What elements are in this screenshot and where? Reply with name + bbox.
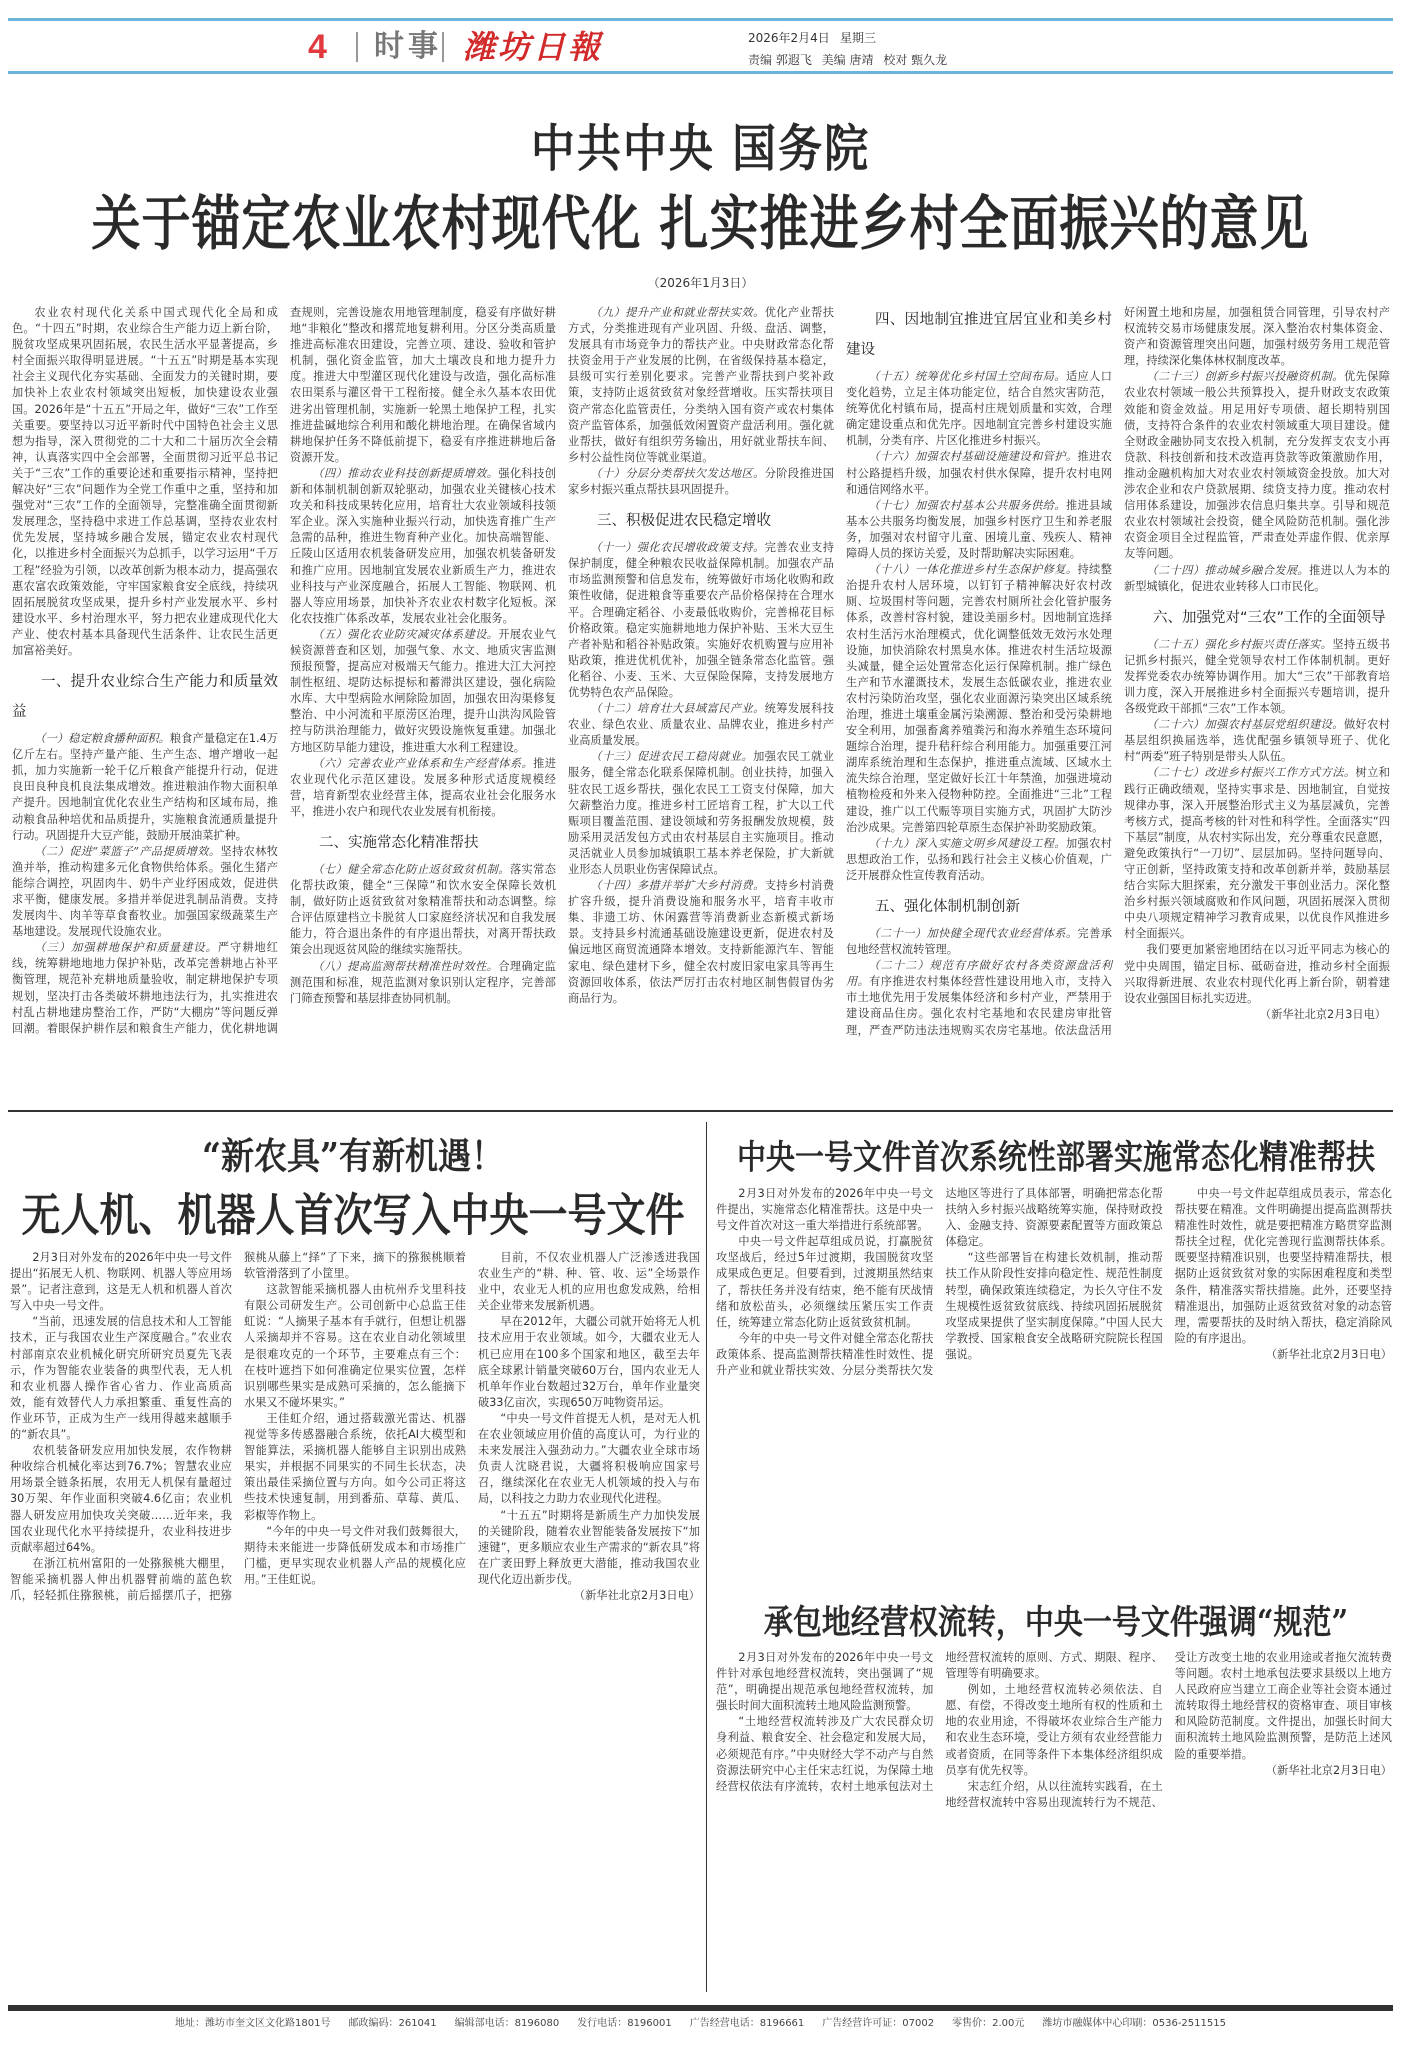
proofreader-credit: 校对 甄久龙 bbox=[883, 53, 947, 67]
footer-item: 潍坊市融媒体中心印刷：0536-2511515 bbox=[1042, 2018, 1226, 2029]
article-paragraph: （十七）加强农村基本公共服务供给。推进县域基本公共服务均衡发展，加强乡村医疗卫生… bbox=[846, 498, 1112, 562]
drones-headline: 无人机、机器人首次写入中央一号文件 bbox=[0, 1180, 706, 1244]
section-heading: 二、实施常态化精准帮扶 bbox=[290, 828, 556, 858]
article-paragraph: （十四）多措并举扩大乡村消费。支持乡村消费扩容升级，提升消费设施和服务水平，培育… bbox=[568, 878, 834, 1007]
footer-item: 零售价：2.00元 bbox=[952, 2018, 1024, 2029]
paragraph-text: 落实常态化帮扶政策，健全“三保障”和饮水安全保障长效机制，做好防止返贫致贫对象精… bbox=[290, 863, 556, 956]
paragraph-text: 加强农民工就业服务，健全常态化联系保障机制。创业扶持，加强入驻农民工返乡帮扶，强… bbox=[568, 750, 834, 876]
subsection-title: （二十四）推动城乡融合发展。 bbox=[1146, 564, 1309, 577]
article-paragraph: 2月3日对外发布的2026年中央一号文件针对承包地经营权流转，突出强调了“规范”… bbox=[716, 1650, 933, 1714]
news-credit: （新华社北京2月3日电） bbox=[1175, 1763, 1392, 1779]
article-paragraph: （八）提高监测帮扶精准性时效性。合理确定监测范围和标准，规范监测对象识别认定程序… bbox=[290, 959, 556, 1007]
article-paragraph: （二）促进“菜篮子”产品提质增效。坚持农林牧渔并举，推动构建多元化食物供给体系。… bbox=[12, 844, 278, 941]
paragraph-text: 完善农业支持保护制度，健全种粮农民收益保障机制。加强农产品市场监测预警和信息发布… bbox=[568, 541, 834, 699]
lead-headline: 关于锚定农业农村现代化 扎实推进乡村全面振兴的意见 bbox=[0, 178, 1401, 262]
subsection-title: （十三）促进农民工稳岗就业。 bbox=[590, 750, 753, 763]
article-paragraph: 这款智能采摘机器人由杭州乔戈里科技有限公司研发生产。公司创新中心总监王佳虹说：“… bbox=[244, 1282, 466, 1411]
subsection-title: （十）分层分类帮扶欠发达地区。 bbox=[590, 467, 764, 480]
subsection-title: （九）提升产业和就业帮扶实效。 bbox=[590, 306, 764, 319]
subsection-title: （二十三）创新乡村振兴投融资机制。 bbox=[1146, 370, 1344, 383]
masthead: 4 时事 潍坊日報 2026年2月4日 星期三 责编 郭遐飞 美编 唐靖 校对 … bbox=[8, 18, 1393, 74]
article-paragraph: （二十五）强化乡村振兴责任落实。坚持五级书记抓乡村振兴，健全党领导农村工作体制机… bbox=[1124, 637, 1390, 717]
news-credit: （新华社北京2月3日电） bbox=[1175, 1347, 1392, 1363]
drones-kicker: “新农具”有新机遇！ bbox=[0, 1128, 706, 1180]
article-paragraph: （二十一）加快健全现代农业经营体系。完善承包地经营权流转管理。 bbox=[846, 926, 1112, 958]
lead-dateline: （2026年1月3日） bbox=[0, 274, 1401, 291]
article-paragraph: 2月3日对外发布的2026年中央一号文件提出“拓展无人机、物联网、机器人等应用场… bbox=[10, 1250, 232, 1314]
lead-intro: 农业农村现代化关系中国式现代化全局和成色。“十四五”时期，农业综合生产能力迈上新… bbox=[12, 305, 278, 659]
article-paragraph: “十五五”时期将是新质生产力加快发展的关键阶段，随着农业智能装备发展按下“加速键… bbox=[478, 1508, 700, 1588]
article-paragraph: （二十三）创新乡村振兴投融资机制。优先保障农业农村领域一般公共预算投入，提升财政… bbox=[1124, 369, 1390, 562]
paragraph-text: 支持乡村消费扩容升级，提升消费设施和服务水平，培育丰收市集、非遗工坊、休闲露营等… bbox=[568, 879, 834, 1005]
article-paragraph: （十二）培育壮大县域富民产业。统筹发展科技农业、绿色农业、质量农业、品牌农业，推… bbox=[568, 701, 834, 749]
subsection-title: （二）促进“菜篮子”产品提质增效。 bbox=[34, 845, 220, 858]
subsection-title: （十四）多措并举扩大乡村消费。 bbox=[590, 879, 764, 892]
article-paragraph: “中央一号文件首提无人机，是对无人机在农业领域应用价值的高度认可，为行业的未来发… bbox=[478, 1411, 700, 1508]
page-number: 4 bbox=[308, 27, 327, 67]
paragraph-text: 坚持农林牧渔并举，推动构建多元化食物供给体系。强化生猪产能综合调控，巩固肉牛、奶… bbox=[12, 845, 278, 938]
footer-item: 地址：潍坊市奎文区文化路1801号 bbox=[175, 2018, 330, 2029]
article-paragraph: 中央一号文件起草组成员表示，常态化帮扶要在精准。文件明确提出提高监测帮扶精准性时… bbox=[1175, 1186, 1392, 1347]
divider bbox=[442, 32, 444, 62]
issue-date: 2026年2月4日 bbox=[748, 29, 830, 46]
designer-credit: 美编 唐靖 bbox=[822, 53, 874, 67]
subsection-title: （二十一）加快健全现代农业经营体系。 bbox=[868, 927, 1077, 940]
footer-info: 地址：潍坊市奎文区文化路1801号邮政编码：261041编辑部电话：819608… bbox=[0, 2014, 1401, 2029]
issue-weekday: 星期三 bbox=[840, 29, 876, 46]
article-paragraph: 例如，土地经营权流转必须依法、自愿、有偿，不得改变土地所有权的性质和土地的农业用… bbox=[945, 1682, 1162, 1779]
article-paragraph: （一）稳定粮食播种面积。粮食产量稳定在1.4万亿斤左右。坚持产量产能、生产生态、… bbox=[12, 731, 278, 844]
article-paragraph: （十八）一体化推进乡村生态保护修复。持续整治提升农村人居环境，以钉钉子精神解决好… bbox=[846, 562, 1112, 836]
lead-kicker: 中共中央 国务院 bbox=[0, 107, 1401, 181]
subsection-title: （十九）深入实施文明乡风建设工程。 bbox=[868, 837, 1066, 850]
footer-item: 广告经营许可证：07002 bbox=[822, 2018, 934, 2029]
divider bbox=[356, 32, 358, 62]
news-credit: （新华社北京2月3日电） bbox=[478, 1588, 700, 1604]
article-paragraph: “今年的中央一号文件对我们鼓舞很大，期待未来能进一步降低研发成本和市场推广门槛，… bbox=[244, 1524, 466, 1588]
newspaper-logo: 潍坊日報 bbox=[463, 25, 603, 69]
article-paragraph: 早在2012年，大疆公司就开始将无人机技术应用于农业领域。如今，大疆农业无人机已… bbox=[478, 1314, 700, 1411]
article-paragraph: 王佳虹介绍，通过搭载激光雷达、机器视觉等多传感器融合系统，依托AI大模型和智能算… bbox=[244, 1411, 466, 1524]
article-paragraph: 中央一号文件起草组成员说，打赢脱贫攻坚战后，经过5年过渡期，我国脱贫攻坚成果成色… bbox=[716, 1234, 933, 1331]
article-paragraph: 农机装备研发应用加快发展，农作物耕种收综合机械化率达到76.7%；智慧农业应用场… bbox=[10, 1443, 232, 1556]
subsection-title: （十五）统筹优化乡村国土空间布局。 bbox=[868, 370, 1066, 383]
section-divider bbox=[8, 1110, 1393, 1112]
article-paragraph: （五）强化农业防灾减灾体系建设。开展农业气候资源普查和区划，加强气象、水文、地质… bbox=[290, 627, 556, 756]
article-paragraph: （十五）统筹优化乡村国土空间布局。适应人口变化趋势，立足主体功能定位，结合自然灾… bbox=[846, 369, 1112, 449]
subsection-title: （三）加强耕地保护和质量建设。 bbox=[34, 941, 217, 954]
article-paragraph: （十三）促进农民工稳岗就业。加强农民工就业服务，健全常态化联系保障机制。创业扶持… bbox=[568, 749, 834, 878]
paragraph-text: 持续整治提升农村人居环境，以钉钉子精神解决好农村改厕、垃圾围村等问题，完善农村厕… bbox=[846, 563, 1112, 834]
subsection-title: （十七）加强农村基本公共服务供给。 bbox=[868, 499, 1066, 512]
section-heading: 六、加强党对“三农”工作的全面领导 bbox=[1124, 603, 1390, 633]
footer-item: 编辑部电话：8196080 bbox=[455, 2018, 560, 2029]
drones-article-body: 2月3日对外发布的2026年中央一号文件提出“拓展无人机、物联网、机器人等应用场… bbox=[10, 1250, 700, 2000]
section-heading: 三、积极促进农民稳定增收 bbox=[568, 506, 834, 536]
article-paragraph: （十六）加强农村基础设施建设和管护。推进农村公路提档升级，加强农村供水保障，提升… bbox=[846, 449, 1112, 497]
editor-credit: 责编 郭遐飞 bbox=[748, 53, 812, 67]
subsection-title: （十二）培育壮大县域富民产业。 bbox=[590, 702, 764, 715]
column-divider bbox=[706, 1122, 707, 1992]
article-paragraph: （二十六）加强农村基层党组织建设。做好农村基层组织换届选举，选优配强乡镇领导班子… bbox=[1124, 717, 1390, 765]
section-title: 时事 bbox=[374, 27, 442, 67]
land-headline: 承包地经营权流转，中央一号文件强调“规范” bbox=[716, 1597, 1396, 1644]
section-heading: 四、因地制宜推进宜居宜业和美乡村建设 bbox=[846, 305, 1112, 365]
subsection-title: （一）稳定粮食播种面积。 bbox=[34, 732, 169, 745]
subsection-title: （十一）强化农民增收政策支持。 bbox=[590, 541, 764, 554]
subsection-title: （五）强化农业防灾减灾体系建设。 bbox=[312, 628, 498, 641]
article-paragraph: 目前，不仅农业机器人广泛渗透进我国农业生产的“耕、种、管、收、运”全场景作业中，… bbox=[478, 1250, 700, 1314]
closing-paragraph: 我们要更加紧密地团结在以习近平同志为核心的党中央周围，锚定目标、砥砺奋进，推动乡… bbox=[1124, 942, 1390, 1006]
article-paragraph: （十一）强化农民增收政策支持。完善农业支持保护制度，健全种粮农民收益保障机制。加… bbox=[568, 540, 834, 701]
subsection-title: （七）健全常态化防止返贫致贫机制。 bbox=[312, 863, 510, 876]
paragraph-text: 优化产业帮扶方式，分类推进现有产业巩固、升级、盘活、调整，发展具有市场竞争力的帮… bbox=[568, 306, 834, 464]
lead-article-body: 农业农村现代化关系中国式现代化全局和成色。“十四五”时期，农业综合生产能力迈上新… bbox=[12, 305, 1390, 1100]
section-heading: 一、提升农业综合生产能力和质量效益 bbox=[12, 667, 278, 727]
article-paragraph: 2月3日对外发布的2026年中央一号文件提出，实施常态化精准帮扶。这是中央一号文… bbox=[716, 1186, 933, 1234]
news-credit: （新华社北京2月3日电） bbox=[1124, 1007, 1390, 1023]
subsection-title: （十六）加强农村基础设施建设和管护。 bbox=[868, 450, 1077, 463]
assistance-article-body: 2月3日对外发布的2026年中央一号文件提出，实施常态化精准帮扶。这是中央一号文… bbox=[716, 1186, 1392, 1581]
footer-rule bbox=[8, 2005, 1393, 2011]
article-paragraph: （二十四）推动城乡融合发展。推进以人为本的新型城镇化，促进农业转移人口市民化。 bbox=[1124, 563, 1390, 595]
footer-item: 发行电话：8196001 bbox=[577, 2018, 672, 2029]
article-paragraph: （四）推动农业科技创新提质增效。强化科技创新和体制机制创新双轮驱动，加强农业关键… bbox=[290, 466, 556, 627]
footer-item: 邮政编码：261041 bbox=[348, 2018, 436, 2029]
paragraph-text: 优先保障农业农村领域一般公共预算投入，提升财政支农政策效能和资金效益。用足用好专… bbox=[1124, 370, 1390, 560]
subsection-title: （十八）一体化推进乡村生态保护修复。 bbox=[868, 563, 1077, 576]
subsection-title: （六）完善农业产业体系和生产经营体系。 bbox=[312, 757, 533, 770]
paragraph-text: 树立和践行正确政绩观，坚持实事求是、因地制宜，自觉按规律办事，深入开展整治形式主… bbox=[1124, 766, 1390, 940]
article-paragraph: “当前，迅速发展的信息技术和人工智能技术，正与我国农业生产深度融合。”农业农村部… bbox=[10, 1314, 232, 1443]
subsection-title: （四）推动农业科技创新提质增效。 bbox=[312, 467, 498, 480]
article-paragraph: （十九）深入实施文明乡风建设工程。加强农村思想政治工作，弘扬和践行社会主义核心价… bbox=[846, 836, 1112, 884]
article-paragraph: （七）健全常态化防止返贫致贫机制。落实常态化帮扶政策，健全“三保障”和饮水安全保… bbox=[290, 862, 556, 959]
assistance-headline: 中央一号文件首次系统性部署实施常态化精准帮扶 bbox=[716, 1132, 1396, 1179]
paragraph-text: 强化科技创新和体制机制创新双轮驱动，加强农业关键核心技术攻关和科技成果转化应用，… bbox=[290, 467, 556, 625]
article-paragraph: （九）提升产业和就业帮扶实效。优化产业帮扶方式，分类推进现有产业巩固、升级、盘活… bbox=[568, 305, 834, 466]
footer-item: 广告经营电话：8196661 bbox=[690, 2018, 805, 2029]
land-article-body: 2月3日对外发布的2026年中央一号文件针对承包地经营权流转，突出强调了“规范”… bbox=[716, 1650, 1392, 1995]
subsection-title: （二十七）改进乡村振兴工作方式方法。 bbox=[1146, 766, 1355, 779]
subsection-title: （二十六）加强农村基层党组织建设。 bbox=[1146, 718, 1344, 731]
article-paragraph: （六）完善农业产业体系和生产经营体系。推进农业现代化示范区建设。发展多种形式适度… bbox=[290, 756, 556, 820]
subsection-title: （八）提高监测帮扶精准性时效性。 bbox=[312, 960, 498, 973]
editor-credits: 责编 郭遐飞 美编 唐靖 校对 甄久龙 bbox=[748, 51, 953, 68]
section-heading: 五、强化体制机制创新 bbox=[846, 892, 1112, 922]
article-paragraph: “这些部署旨在构建长效机制，推动帮扶工作从阶段性安排向稳定性、规范性制度转型，确… bbox=[945, 1250, 1162, 1363]
article-paragraph: （二十七）改进乡村振兴工作方式方法。树立和践行正确政绩观，坚持实事求是、因地制宜… bbox=[1124, 765, 1390, 942]
paragraph-text: 开展农业气候资源普查和区划，加强气象、水文、地质灾害监测预报预警，提高应对极端天… bbox=[290, 628, 556, 754]
subsection-title: （二十五）强化乡村振兴责任落实。 bbox=[1146, 638, 1332, 651]
article-paragraph: （十）分层分类帮扶欠发达地区。分阶段推进国家乡村振兴重点帮扶县巩固提升。 bbox=[568, 466, 834, 498]
paragraph-text: 粮食产量稳定在1.4万亿斤左右。坚持产量产能、生产生态、增产增收一起抓，加力实施… bbox=[12, 732, 278, 842]
